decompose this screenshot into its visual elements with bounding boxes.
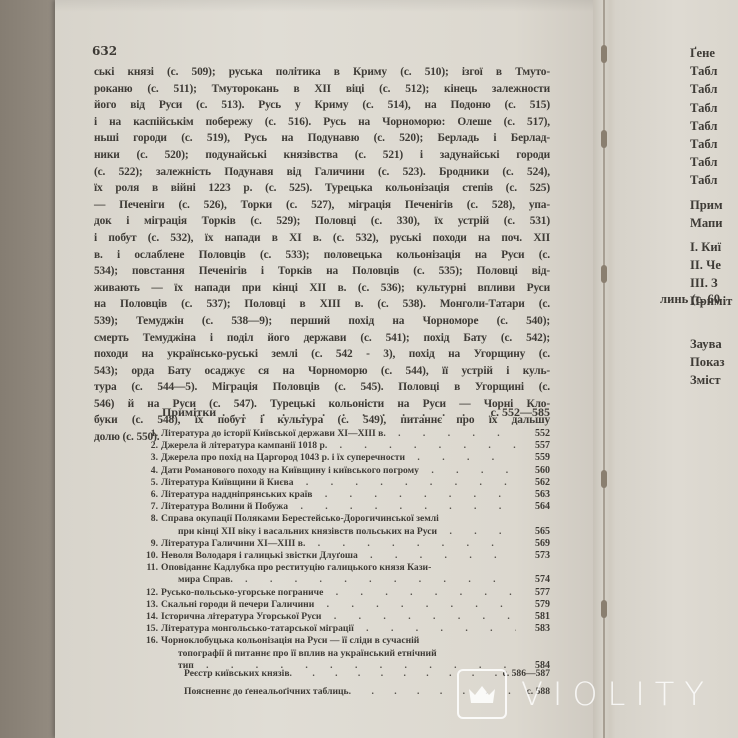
leader-dots: . . . . . . . . . . . . . . . . . . . . … — [294, 477, 516, 488]
body-line: і на каспійськім побережу (с. 516). Русь… — [94, 114, 550, 131]
body-line: ники (с. 520); подунайські князівства (с… — [94, 147, 550, 164]
body-line: живають — їх напади при кінці XII в. (с.… — [94, 280, 550, 297]
note-page: 577 — [516, 587, 550, 599]
note-title: Чорноклобуцька кольонізація на Руси — її… — [161, 635, 550, 647]
right-line: Табл — [690, 62, 732, 80]
right-line: Зміст — [690, 371, 732, 389]
note-page: 581 — [516, 611, 550, 623]
right-page-text: ҐенеТаблТаблТаблТаблТаблТаблТаблПримМапи… — [690, 44, 732, 389]
note-number: 4. — [140, 465, 158, 477]
leader-dots: . . . . . . . . . . . . . . . . . . . . … — [288, 501, 516, 512]
note-title: Неволя Володаря і галицькі звістки Длуґо… — [161, 550, 516, 562]
binding-stitch — [601, 130, 607, 148]
note-page: 552 — [516, 428, 550, 440]
body-line: смерть Темуджіна і поділ його держави (с… — [94, 330, 550, 347]
note-number: 16. — [140, 635, 158, 647]
note-page: 559 — [516, 452, 550, 464]
right-line: I. Киї — [690, 238, 732, 256]
note-title-continuation: топографії й питаннє про її вплив на укр… — [178, 648, 550, 660]
body-line: і побут (с. 532), їх напади в XI в. (с. … — [94, 230, 550, 247]
body-line: 539); Темуджін (с. 538—9); перший похід … — [94, 313, 550, 330]
note-number: 12. — [140, 587, 158, 599]
leader-dots: . . . . . . . . . . . . . . . . . . . . … — [386, 428, 516, 439]
crown-icon — [457, 669, 507, 719]
note-title-continuation: мира Справ. . . . . . . . . . . . . . . … — [178, 574, 516, 586]
note-continuation: мира Справ. . . . . . . . . . . . . . . … — [140, 574, 550, 586]
note-page: 583 — [516, 623, 550, 635]
spine-fold — [603, 0, 605, 738]
note-title: Джерела про похід на Царгород 1043 р. і … — [161, 452, 516, 464]
note-title-continuation: при кінці XII віку і васальних князівств… — [178, 526, 516, 538]
note-number: 13. — [140, 599, 158, 611]
note-number: 7. — [140, 501, 158, 513]
note-entry: 11.Оповіданнє Кадлубка про реституцію га… — [140, 562, 550, 574]
body-line: 543); орда Бату осаджує ся на Чорноморю … — [94, 363, 550, 380]
note-entry: 13.Скальні городи й печери Галичини . . … — [140, 599, 550, 611]
notes-list: 1.Література до історії Київської держав… — [140, 428, 550, 672]
note-title: Справа окупації Поляками Берестейсько-До… — [161, 513, 550, 525]
leader-dots: . . . . . . . . . . . . . . . . . . . . … — [437, 526, 516, 537]
note-entry: 10.Неволя Володаря і галицькі звістки Дл… — [140, 550, 550, 562]
outdent-word: линь — [660, 292, 688, 306]
note-title: Історична література Угорської Руси . . … — [161, 611, 516, 623]
leader-dots: . . . . . . . . . . . . . . . . . . . . … — [233, 574, 516, 585]
right-line: Показ — [690, 353, 732, 371]
note-title: Література наддніпрянських країв . . . .… — [161, 489, 516, 501]
watermark-brand: VIOLITY — [521, 675, 714, 713]
note-entry: 15.Література монгольсько-татарської міг… — [140, 623, 550, 635]
note-title: Дати Романового походу на Київщину і киї… — [161, 465, 516, 477]
body-line: — Печеніги (с. 526), Торки (с. 527), міг… — [94, 197, 550, 214]
footer-title: Поясненнє до ґенеальоґічних таблиць — [184, 683, 349, 701]
right-line: Прим — [690, 196, 732, 214]
note-title: Русько-польсько-угорське пограниче . . .… — [161, 587, 516, 599]
page-number: 632 — [92, 44, 117, 58]
body-line: походи на українсько-руські землі (с. 54… — [94, 346, 550, 363]
note-title: Література монгольсько-татарської міграц… — [161, 623, 516, 635]
note-number: 6. — [140, 489, 158, 501]
outdent-placeholder — [690, 311, 732, 329]
body-line: в. і ослаблене Половців (с. 533); полове… — [94, 247, 550, 264]
note-number: 1. — [140, 428, 158, 440]
right-page-outdent: линь (с. 60 — [660, 292, 720, 307]
note-entry: 3.Джерела про похід на Царгород 1043 р. … — [140, 452, 550, 464]
right-line: III. З — [690, 274, 732, 292]
note-page: 557 — [516, 440, 550, 452]
body-line: на Половців (с. 537); Половці в XIII в. … — [94, 296, 550, 313]
note-number: 11. — [140, 562, 158, 574]
body-line: роканю (с. 511); Тмуторокань в XII віці … — [94, 81, 550, 98]
note-number: 9. — [140, 538, 158, 550]
note-title: Скальні городи й печери Галичини . . . .… — [161, 599, 516, 611]
note-number: 2. — [140, 440, 158, 452]
note-number: 8. — [140, 513, 158, 525]
body-line: тура (с. 544—5). Міграція Половців (с. 5… — [94, 379, 550, 396]
note-number: 10. — [140, 550, 158, 562]
right-line: Табл — [690, 135, 732, 153]
note-title: Література до історії Київської держави … — [161, 428, 516, 440]
note-entry: 2.Джерела й література кампанії 1018 р. … — [140, 440, 550, 452]
note-entry: 16.Чорноклобуцька кольонізація на Руси —… — [140, 635, 550, 647]
leader-dots: . . . . . . . . . . . . . . . . . . . . … — [312, 489, 516, 500]
note-title: Література Київщини й Києва . . . . . . … — [161, 477, 516, 489]
leader-dots: . . . . . . . . . . . . . . . . . . . . … — [305, 538, 516, 549]
watermark: VIOLITY — [457, 668, 714, 720]
note-page: 569 — [516, 538, 550, 550]
right-line: Заува — [690, 335, 732, 353]
right-line: Табл — [690, 80, 732, 98]
notes-header: Примітки . . . . . . . . . . . . . с. 55… — [162, 405, 550, 420]
note-title: Література Галичини XI—XIII в. . . . . .… — [161, 538, 516, 550]
note-number: 3. — [140, 452, 158, 464]
leader-dots: . . . . . . . . . . . . . . . . . . . . … — [323, 587, 516, 598]
note-entry: 1.Література до історії Київської держав… — [140, 428, 550, 440]
body-line: док і міграція Торків (с. 529); Половці … — [94, 213, 550, 230]
note-continuation: при кінці XII віку і васальних князівств… — [140, 526, 550, 538]
leader-dots: . . . . . . . . . . . . . . . . . . . . … — [314, 599, 516, 610]
leader-dots: . . . . . . . . . . . . . . . . . . . . … — [327, 440, 516, 451]
body-line: 534); повстання Печенігів і Торків на По… — [94, 263, 550, 280]
right-line: Табл — [690, 117, 732, 135]
leader-dots: . . . . . . . . . . . . . . . . . . . . … — [419, 465, 516, 476]
leader-dots: . . . . . . . . . . . . . . . . . . . . … — [405, 452, 516, 463]
note-page: 560 — [516, 465, 550, 477]
binding-stitch — [601, 600, 607, 618]
note-title: Література Волини й Побужа . . . . . . .… — [161, 501, 516, 513]
right-line: II. Че — [690, 256, 732, 274]
note-page: 574 — [516, 574, 550, 586]
body-line: їх роля в війні 1223 р. (с. 525). Турець… — [94, 180, 550, 197]
binding-stitch — [601, 45, 607, 63]
note-page: 565 — [516, 526, 550, 538]
note-entry: 5.Література Київщини й Києва . . . . . … — [140, 477, 550, 489]
leader-dots: . . . . . . . . . . . . . . . . . . . . … — [358, 550, 516, 561]
table-background — [0, 0, 60, 738]
note-entry: 7.Література Волини й Побужа . . . . . .… — [140, 501, 550, 513]
leader-dots: . . . . . . . . . . . . . . . . . . . . … — [321, 611, 516, 622]
note-number: 15. — [140, 623, 158, 635]
body-line: ньші городи (с. 519), Русь на Подунавю (… — [94, 130, 550, 147]
note-number: 14. — [140, 611, 158, 623]
body-line: його від Руси (с. 513). Русь у Криму (с.… — [94, 97, 550, 114]
right-line: Ґене — [690, 44, 732, 62]
note-page: 562 — [516, 477, 550, 489]
binding-stitch — [601, 265, 607, 283]
note-number: 5. — [140, 477, 158, 489]
leader-dots: . . . . . . . . . . . . . . . . . . . . … — [354, 623, 516, 634]
notes-pages: с. 552—585 — [491, 405, 550, 420]
right-line: Табл — [690, 171, 732, 189]
body-line: ські князі (с. 509); руська політика в К… — [94, 64, 550, 81]
binding-stitch — [601, 470, 607, 488]
note-continuation: топографії й питаннє про її вплив на укр… — [140, 648, 550, 660]
note-entry: 8.Справа окупації Поляками Берестейсько-… — [140, 513, 550, 525]
outdent-rest: (с. 60 — [691, 292, 720, 306]
body-line: (с. 522); залежність Подунавя від Галичи… — [94, 164, 550, 181]
right-line: Табл — [690, 153, 732, 171]
body-paragraph: ські князі (с. 509); руська політика в К… — [94, 64, 550, 446]
note-page: 573 — [516, 550, 550, 562]
note-entry: 14.Історична література Угорської Руси .… — [140, 611, 550, 623]
note-entry: 9.Література Галичини XI—XIII в. . . . .… — [140, 538, 550, 550]
note-page: 564 — [516, 501, 550, 513]
right-line: Мапи — [690, 214, 732, 232]
note-title: Оповіданнє Кадлубка про реституцію галиц… — [161, 562, 550, 574]
note-title: Джерела й література кампанії 1018 р. . … — [161, 440, 516, 452]
note-entry: 12.Русько-польсько-угорське пограниче . … — [140, 587, 550, 599]
note-entry: 4.Дати Романового походу на Київщину і к… — [140, 465, 550, 477]
note-page: 579 — [516, 599, 550, 611]
book-spine — [593, 0, 617, 738]
note-entry: 6.Література наддніпрянських країв . . .… — [140, 489, 550, 501]
leader-dots: . . . . . . . . . . . . . — [222, 405, 485, 420]
footer-title: Реєстр київських князів — [184, 665, 290, 683]
notes-title: Примітки — [162, 405, 216, 420]
note-page: 563 — [516, 489, 550, 501]
right-line: Табл — [690, 99, 732, 117]
